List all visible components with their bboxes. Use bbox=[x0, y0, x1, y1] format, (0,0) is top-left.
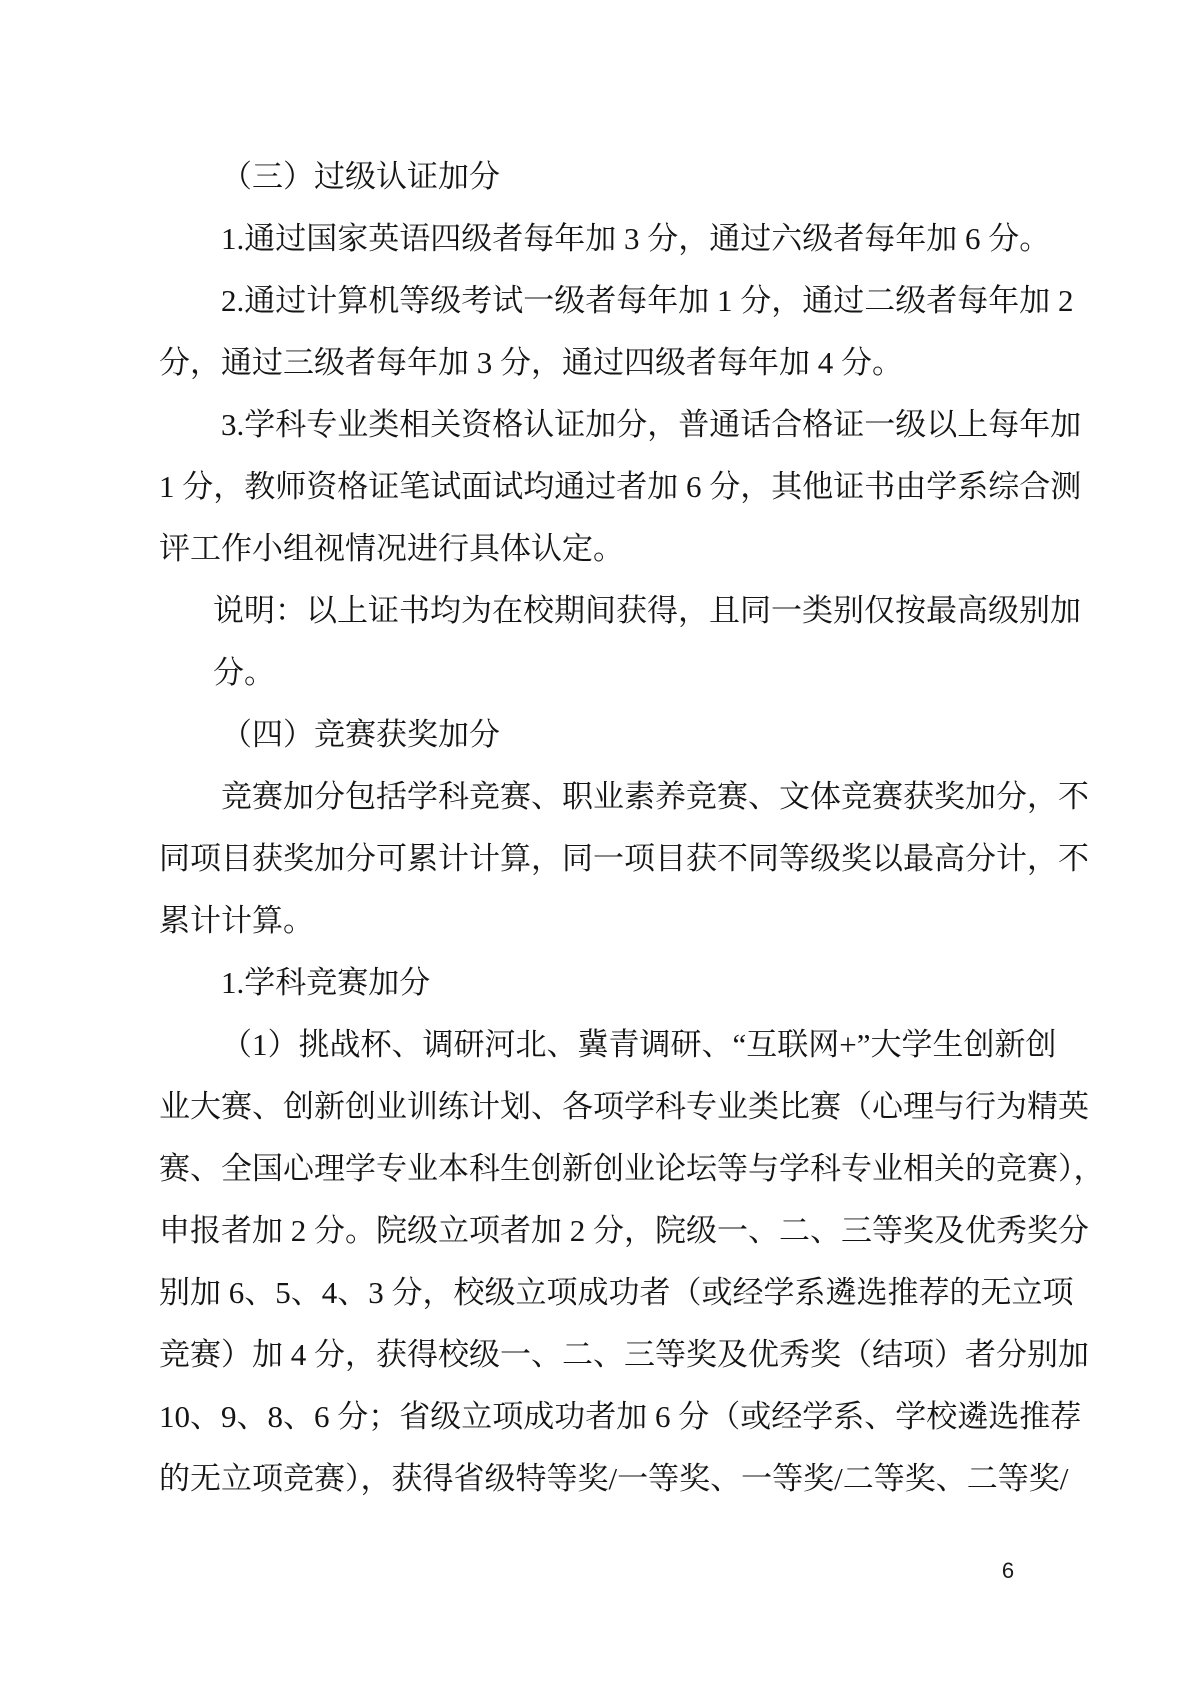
text-line: 的无立项竞赛），获得省级特等奖/一等奖、一等奖/二等奖、二等奖/ bbox=[159, 1448, 1025, 1510]
text-line: 分。 bbox=[159, 642, 1025, 704]
text-line: 赛、全国心理学专业本科生创新创业论坛等与学科专业相关的竞赛）， bbox=[159, 1138, 1025, 1200]
text-line: 业大赛、创新创业训练计划、各项学科专业类比赛（心理与行为精英 bbox=[159, 1076, 1025, 1138]
text-line: 1.通过国家英语四级者每年加 3 分，通过六级者每年加 6 分。 bbox=[159, 208, 1025, 270]
document-page: （三）过级认证加分1.通过国家英语四级者每年加 3 分，通过六级者每年加 6 分… bbox=[0, 0, 1191, 1684]
text-line: （三）过级认证加分 bbox=[159, 146, 1025, 208]
text-line: 分，通过三级者每年加 3 分，通过四级者每年加 4 分。 bbox=[159, 332, 1025, 394]
footer-page-number: 6 bbox=[985, 1556, 1031, 1586]
text-line: 1.学科竞赛加分 bbox=[159, 952, 1025, 1014]
text-line: （1）挑战杯、调研河北、冀青调研、“互联网+”大学生创新创 bbox=[159, 1014, 1025, 1076]
text-line: 1 分，教师资格证笔试面试均通过者加 6 分，其他证书由学系综合测 bbox=[159, 456, 1025, 518]
text-line: 3.学科专业类相关资格认证加分，普通话合格证一级以上每年加 bbox=[159, 394, 1025, 456]
text-line: 2.通过计算机等级考试一级者每年加 1 分，通过二级者每年加 2 bbox=[159, 270, 1025, 332]
text-line: 说明：以上证书均为在校期间获得，且同一类别仅按最高级别加 bbox=[159, 580, 1025, 642]
text-line: 申报者加 2 分。院级立项者加 2 分，院级一、二、三等奖及优秀奖分 bbox=[159, 1200, 1025, 1262]
text-line: 评工作小组视情况进行具体认定。 bbox=[159, 518, 1025, 580]
text-block: （三）过级认证加分1.通过国家英语四级者每年加 3 分，通过六级者每年加 6 分… bbox=[159, 146, 1025, 1510]
text-line: 同项目获奖加分可累计计算，同一项目获不同等级奖以最高分计，不 bbox=[159, 828, 1025, 890]
text-line: 别加 6、5、4、3 分，校级立项成功者（或经学系遴选推荐的无立项 bbox=[159, 1262, 1025, 1324]
text-line: 累计计算。 bbox=[159, 890, 1025, 952]
text-line: 竞赛加分包括学科竞赛、职业素养竞赛、文体竞赛获奖加分，不 bbox=[159, 766, 1025, 828]
text-line: 10、9、8、6 分；省级立项成功者加 6 分（或经学系、学校遴选推荐 bbox=[159, 1386, 1025, 1448]
text-line: （四）竞赛获奖加分 bbox=[159, 704, 1025, 766]
text-line: 竞赛）加 4 分，获得校级一、二、三等奖及优秀奖（结项）者分别加 bbox=[159, 1324, 1025, 1386]
